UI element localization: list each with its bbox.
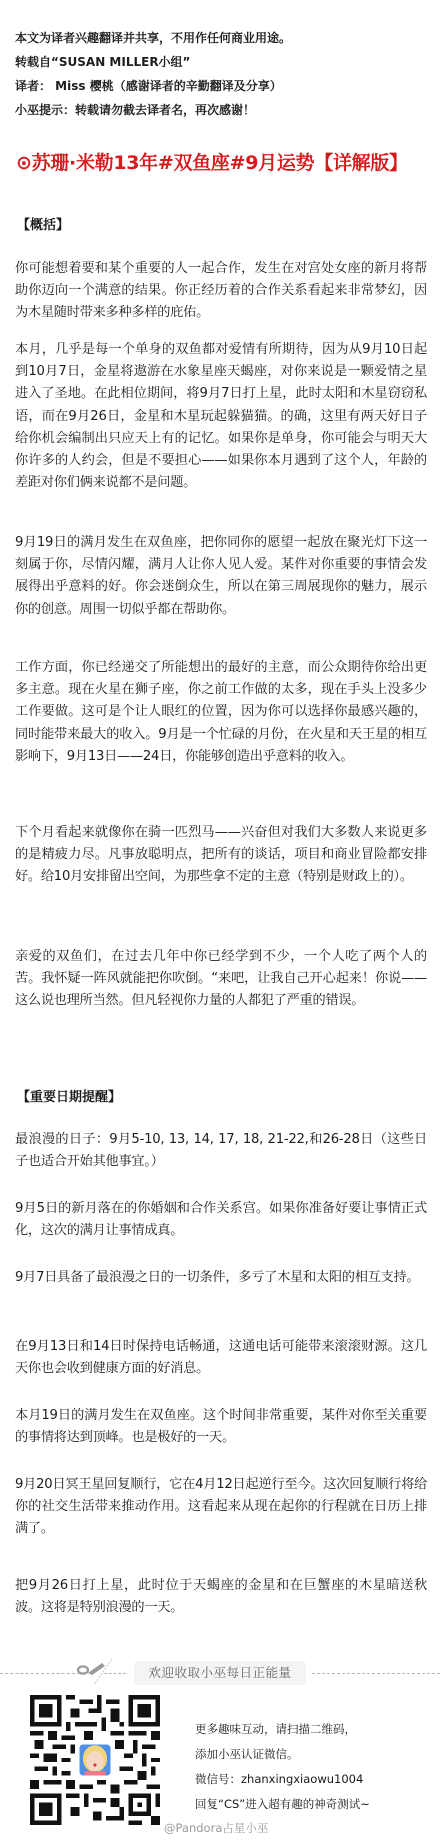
article-title: ⊙苏珊·米勒13年#双鱼座#9月运势【详解版】 (16, 148, 408, 175)
dashed-line-left (0, 1673, 80, 1674)
key-date-paragraph-2: 9月5日的新月落在的你婚姻和合作关系宫。如果你准备好要让事情正式化，这次的满月让… (15, 1198, 427, 1242)
qr-code-icon[interactable] (30, 1695, 160, 1825)
notice-line-purpose: 本文为译者兴趣翻译并共享，不用作任何商业用途。 (15, 26, 291, 50)
section-heading-key-dates: 【重要日期提醒】 (17, 1086, 121, 1105)
notice-line-source: 转载自“SUSAN MILLER小组” (15, 50, 291, 74)
daily-energy-banner: 欢迎收取小巫每日正能量 (134, 1661, 306, 1685)
overview-paragraph-6: 亲爱的双鱼们，在过去几年中你已经学到不少，一个人吃了两个人的苦。我怀疑一阵风就能… (15, 946, 427, 1013)
info-line-scan: 更多趣味互动，请扫描二维码， (195, 1717, 370, 1742)
key-date-paragraph-1: 最浪漫的日子：9月5-10, 13, 14, 17, 18, 21-22,和26… (15, 1129, 427, 1173)
info-line-wechat-id: 微信号：zhanxingxiaowu1004 (195, 1767, 370, 1792)
overview-paragraph-4: 工作方面，你已经递交了所能想出的最好的主意，而公众期待你给出更多主意。现在火星在… (15, 657, 427, 768)
key-date-paragraph-3: 9月7日具备了最浪漫之日的一切条件，多亏了木星和太阳的相互支持。 (15, 1267, 427, 1289)
overview-paragraph-1: 你可能想着要和某个重要的人一起合作，发生在对宫处女座的新月将帮助你迈向一个满意的… (15, 258, 427, 325)
scissors-icon (76, 1657, 120, 1687)
article-page: 本文为译者兴趣翻译并共享，不用作任何商业用途。 转载自“SUSAN MILLER… (0, 0, 440, 1843)
key-date-paragraph-6: 9月20日冥王星回复顺行，它在4月12日起逆行至今。这次回复顺行将给你的社交生活… (15, 1474, 427, 1541)
dashed-line-middle (104, 1673, 126, 1674)
notice-line-translator: 译者： Miss 樱桃（感谢译者的辛勤翻译及分享） (15, 74, 291, 98)
info-line-reply: 回复“CS”进入超有趣的神奇测试~ (195, 1792, 370, 1817)
key-date-paragraph-4: 在9月13日和14日时保持电话畅通，这通电话可能带来滚滚财源。这几天你也会收到健… (15, 1336, 427, 1380)
translator-notice: 本文为译者兴趣翻译并共享，不用作任何商业用途。 转载自“SUSAN MILLER… (15, 26, 291, 122)
wechat-info: 更多趣味互动，请扫描二维码， 添加小巫认证微信。 微信号：zhanxingxia… (195, 1717, 370, 1817)
dashed-line-right (312, 1673, 440, 1674)
overview-paragraph-2: 本月，几乎是每一个单身的双鱼都对爱情有所期待，因为从9月10日起到10月7日，金… (15, 339, 427, 494)
overview-paragraph-5: 下个月看起来就像你在骑一匹烈马——兴奋但对我们大多数人来说更多的是精疲力尽。凡事… (15, 822, 427, 889)
key-date-paragraph-5: 本月19日的满月发生在双鱼座。这个时间非常重要，某件对你至关重要的事情将达到顶峰… (15, 1405, 427, 1449)
overview-paragraph-3: 9月19日的满月发生在双鱼座，把你同你的愿望一起放在聚光灯下这一刻属于你，尽情闪… (15, 532, 427, 621)
key-date-paragraph-7: 把9月26日打上星，此时位于天蝎座的金星和在巨蟹座的木星暗送秋波。这将是特别浪漫… (15, 1575, 427, 1619)
cut-line-divider: 欢迎收取小巫每日正能量 (0, 1657, 440, 1687)
info-line-add: 添加小巫认证微信。 (195, 1742, 370, 1767)
notice-line-reminder: 小巫提示：转载请勿截去译者名，再次感谢！ (15, 98, 291, 122)
section-heading-overview: 【概括】 (17, 214, 69, 233)
watermark: @Pandora占星小巫 (164, 1820, 268, 1836)
